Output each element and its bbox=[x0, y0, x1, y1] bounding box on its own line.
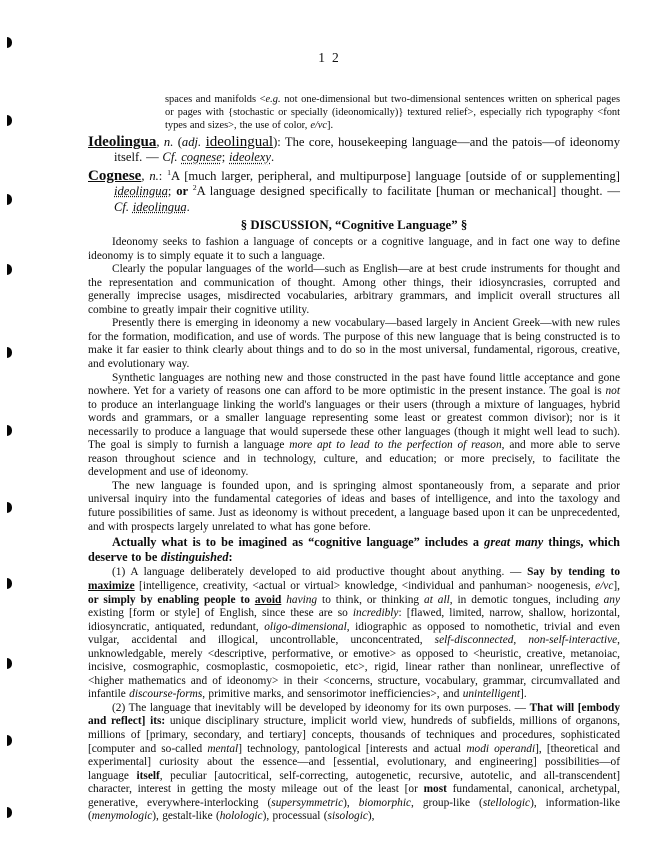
text-segment: spaces and manifolds < bbox=[165, 94, 266, 105]
text-segment: . bbox=[187, 200, 190, 214]
text-segment: great many bbox=[484, 535, 543, 549]
text-segment: or bbox=[176, 184, 192, 198]
text-segment: Cf. bbox=[114, 200, 133, 214]
text-segment: : bbox=[229, 550, 233, 564]
paragraph-synthetic-languages: Synthetic languages are nothing new and … bbox=[88, 372, 620, 480]
text-segment: A [much larger, peripheral, and multipur… bbox=[171, 169, 620, 183]
binding-mark bbox=[7, 37, 12, 48]
entry-continuation-text: spaces and manifolds <e.g. not one-dimen… bbox=[165, 93, 620, 132]
text-segment: unintelligent bbox=[463, 688, 520, 700]
text-segment: Cognese bbox=[88, 168, 141, 184]
text-segment: ideolingua bbox=[133, 200, 187, 214]
text-segment: biomorphic bbox=[359, 797, 411, 809]
text-segment: ), processual ( bbox=[263, 810, 328, 822]
text-segment: Synthetic languages are nothing new and … bbox=[88, 372, 620, 398]
text-segment: itself bbox=[136, 770, 159, 782]
binding-mark bbox=[7, 502, 12, 513]
text-segment: modi operandi bbox=[466, 743, 535, 755]
text-segment: ideolingual bbox=[206, 134, 274, 150]
text-segment: holologic bbox=[220, 810, 263, 822]
text-segment: most bbox=[424, 783, 447, 795]
text-segment: n. bbox=[149, 169, 158, 183]
binding-mark bbox=[7, 578, 12, 589]
text-segment: , bbox=[513, 634, 528, 646]
text-segment: ), bbox=[368, 810, 375, 822]
text-segment: oligo-dimensional bbox=[264, 621, 347, 633]
text-segment: ideolexy bbox=[229, 150, 271, 164]
text-segment: e/vc bbox=[310, 120, 327, 131]
text-segment: incredibly bbox=[353, 607, 399, 619]
entry-cognese: Cognese, n.: 1A [much larger, peripheral… bbox=[88, 169, 620, 215]
text-segment: any bbox=[604, 594, 620, 606]
text-segment: maximize bbox=[88, 580, 135, 592]
text-segment: ), bbox=[343, 797, 359, 809]
paragraph-presently-emerging: Presently there is emerging in ideonomy … bbox=[88, 317, 620, 371]
text-segment: sisologic bbox=[328, 810, 368, 822]
text-segment: [intelligence, creativity, <actual or vi… bbox=[135, 580, 595, 592]
text-segment: ], bbox=[613, 580, 620, 592]
text-segment: avoid bbox=[255, 594, 281, 606]
text-segment: , in demotic tongues, including bbox=[450, 594, 604, 606]
text-segment: stellologic bbox=[483, 797, 530, 809]
text-segment: having bbox=[286, 594, 317, 606]
text-segment: mental bbox=[207, 743, 238, 755]
text-segment: § DISCUSSION, “Cognitive Language” § bbox=[241, 218, 467, 232]
text-segment: or simply by enabling people to bbox=[88, 594, 255, 606]
text-segment: n. bbox=[164, 135, 173, 149]
text-segment: , group-like ( bbox=[411, 797, 483, 809]
text-segment: Ideonomy seeks to fashion a language of … bbox=[88, 236, 620, 262]
binding-mark bbox=[7, 658, 12, 669]
entry-ideolingua: Ideolingua, n. (adj. ideolingual): The c… bbox=[88, 135, 620, 166]
binding-mark bbox=[7, 264, 12, 275]
text-segment: ideolingua bbox=[114, 184, 168, 198]
text-segment: ), gestalt-like ( bbox=[152, 810, 219, 822]
text-segment: ]. bbox=[520, 688, 527, 700]
text-segment: e/vc bbox=[595, 580, 613, 592]
paragraph-new-language-founded: The new language is founded upon, and is… bbox=[88, 480, 620, 534]
text-segment: supersymmetric bbox=[271, 797, 343, 809]
text-segment: Presently there is emerging in ideonomy … bbox=[88, 317, 620, 370]
text-segment: self-disconnected bbox=[435, 634, 514, 646]
text-segment: more apt to lead to the perfection of re… bbox=[289, 439, 501, 451]
text-segment: (2) The language that inevitably will be… bbox=[112, 702, 530, 714]
text-segment: , bbox=[156, 135, 164, 149]
text-segment: ; bbox=[168, 184, 176, 198]
binding-mark bbox=[7, 115, 12, 126]
text-segment: : bbox=[159, 169, 167, 183]
text-segment: , primitive marks, and sensorimotor inef… bbox=[202, 688, 462, 700]
text-segment: existing [form or style] of English, sin… bbox=[88, 607, 353, 619]
binding-mark bbox=[7, 807, 12, 818]
text-segment: adj. bbox=[182, 135, 201, 149]
discussion-heading: § DISCUSSION, “Cognitive Language” § bbox=[88, 218, 620, 233]
text-segment: Actually what is to be imagined as “cogn… bbox=[112, 535, 484, 549]
text-segment: at all bbox=[424, 594, 450, 606]
binding-mark bbox=[7, 194, 12, 205]
binding-mark bbox=[7, 347, 12, 358]
text-segment: . bbox=[271, 150, 274, 164]
text-segment: to think, or thinking bbox=[317, 594, 424, 606]
text-segment: Cf. bbox=[162, 150, 181, 164]
text-segment: Say by tending to bbox=[527, 566, 620, 578]
text-segment: e.g. bbox=[266, 94, 281, 105]
binding-mark bbox=[7, 735, 12, 746]
paragraph-item-1: (1) A language deliberately developed to… bbox=[88, 566, 620, 701]
text-segment: Ideolingua bbox=[88, 134, 156, 150]
text-segment: discourse-forms bbox=[129, 688, 202, 700]
paragraph-item-2: (2) The language that inevitably will be… bbox=[88, 702, 620, 824]
page-content: spaces and manifolds <e.g. not one-dimen… bbox=[88, 93, 620, 824]
text-segment: cognese bbox=[181, 150, 222, 164]
page-number: 12 bbox=[0, 50, 657, 66]
text-segment: non-self-interactive bbox=[528, 634, 617, 646]
text-segment: (1) A language deliberately developed to… bbox=[112, 566, 527, 578]
paragraph-actually-imagined: Actually what is to be imagined as “cogn… bbox=[88, 535, 620, 565]
text-segment: ( bbox=[173, 135, 182, 149]
text-segment: ] technology, pantological [interests an… bbox=[238, 743, 466, 755]
text-segment: The new language is founded upon, and is… bbox=[88, 480, 620, 533]
paragraph-clearly-popular: Clearly the popular languages of the wor… bbox=[88, 263, 620, 317]
text-segment: ]. bbox=[327, 120, 333, 131]
text-segment: ; bbox=[222, 150, 229, 164]
text-segment: not bbox=[606, 385, 621, 397]
binding-mark bbox=[7, 425, 12, 436]
text-segment: Clearly the popular languages of the wor… bbox=[88, 263, 620, 316]
text-segment: A language designed specifically to faci… bbox=[197, 184, 620, 198]
paragraph-ideonomy-seeks: Ideonomy seeks to fashion a language of … bbox=[88, 236, 620, 263]
text-segment: menymologic bbox=[92, 810, 152, 822]
text-segment: distinguished bbox=[161, 550, 229, 564]
